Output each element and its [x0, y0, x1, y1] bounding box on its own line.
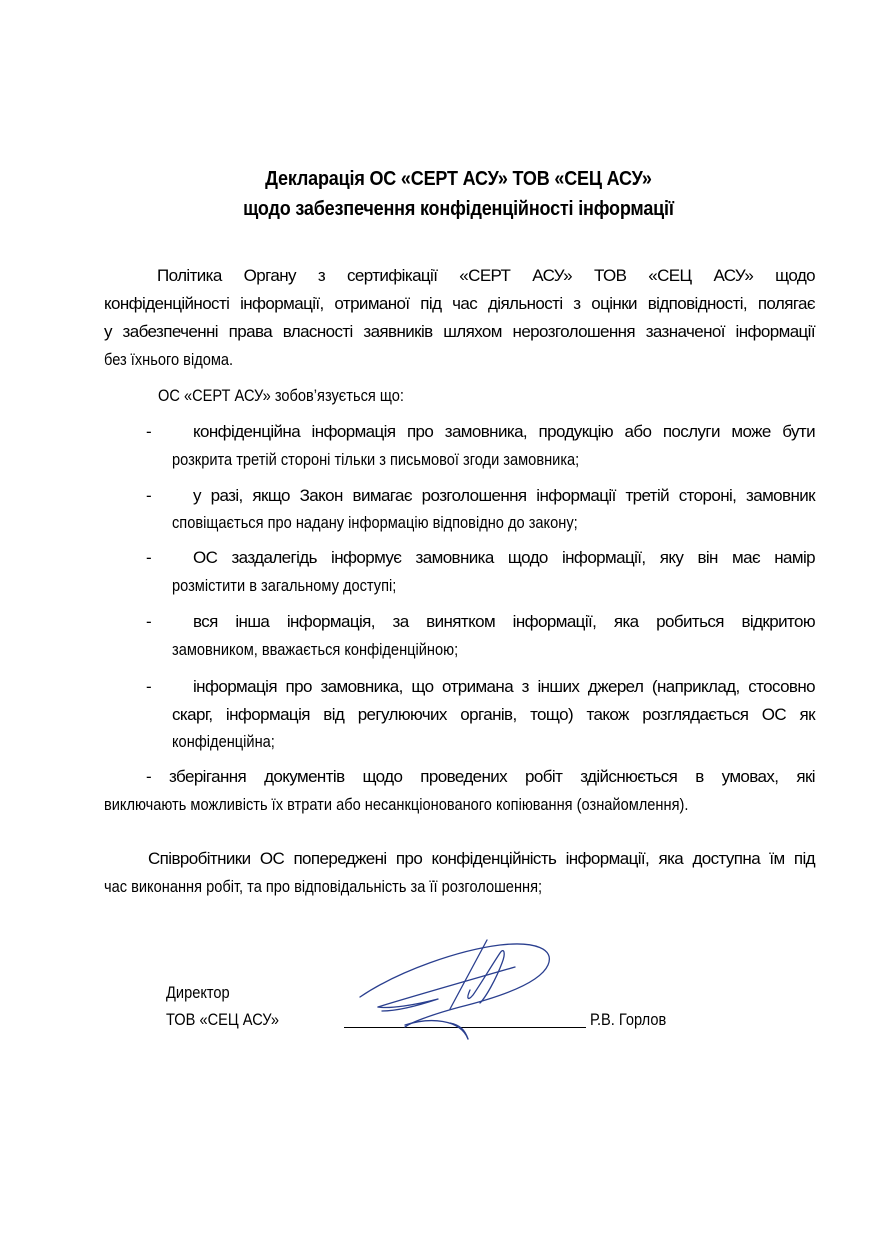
bullet-line: розмістити в загальному доступі;: [172, 576, 396, 596]
bullet-line: скарг, інформація від регулюючих органів…: [172, 705, 815, 725]
intro-line-2: конфіденційності інформації, отриманої п…: [104, 294, 815, 314]
bullet-dash: -: [146, 612, 152, 632]
staff-line-2: час виконання робіт, та про відповідальн…: [104, 877, 542, 897]
staff-line-1: Співробітники ОС попереджені про конфіде…: [148, 849, 815, 869]
bullet-line: вся інша інформація, за винятком інформа…: [193, 612, 815, 632]
commitment-heading: ОС «СЕРТ АСУ» зобов’язується що:: [158, 386, 404, 406]
bullet-line: конфіденційна інформація про замовника, …: [193, 422, 815, 442]
bullet-line: сповіщається про надану інформацію відпо…: [172, 513, 578, 533]
bullet-line: інформація про замовника, що отримана з …: [193, 677, 815, 697]
document-subtitle: щодо забезпечення конфіденційності інфор…: [46, 198, 871, 221]
document-title: Декларація ОС «СЕРТ АСУ» ТОВ «СЕЦ АСУ»: [46, 168, 871, 191]
bullet-line: замовником, вважається конфіденційною;: [172, 640, 458, 660]
signatory-position: Директор: [166, 983, 230, 1003]
signatory-company: ТОВ «СЕЦ АСУ»: [166, 1010, 279, 1030]
storage-line-1: - зберігання документів щодо проведених …: [146, 767, 815, 787]
storage-line-2: виключають можливість їх втрати або неса…: [104, 795, 688, 815]
bullet-line: конфіденційна;: [172, 732, 275, 752]
bullet-line: у разі, якщо Закон вимагає розголошення …: [193, 486, 815, 506]
bullet-dash: -: [146, 677, 152, 697]
bullet-dash: -: [146, 548, 152, 568]
intro-line-1: Політика Органу з сертифікації «СЕРТ АСУ…: [157, 266, 815, 286]
signatory-name: Р.В. Горлов: [590, 1010, 666, 1030]
intro-line-4: без їхнього відома.: [104, 350, 233, 370]
document-page: Декларація ОС «СЕРТ АСУ» ТОВ «СЕЦ АСУ» щ…: [0, 0, 877, 1240]
bullet-dash: -: [146, 486, 152, 506]
bullet-line: розкрита третій стороні тільки з письмов…: [172, 450, 579, 470]
intro-line-3: у забезпеченні права власності заявників…: [104, 322, 815, 342]
bullet-dash: -: [146, 422, 152, 442]
handwritten-signature-icon: [350, 935, 560, 1045]
bullet-line: ОС заздалегідь інформує замовника щодо і…: [193, 548, 815, 568]
